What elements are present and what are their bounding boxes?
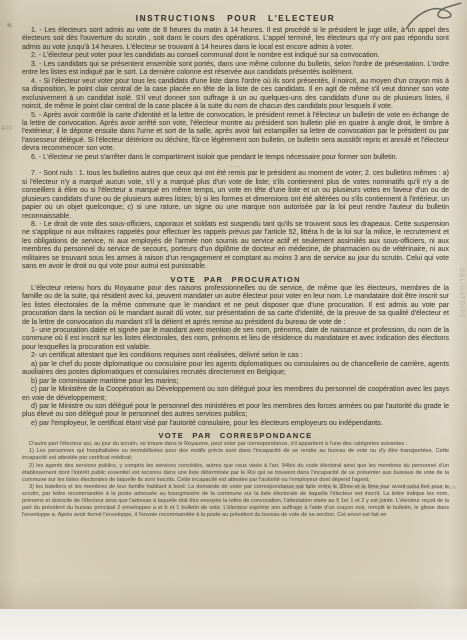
margin-asterisk-mark: ✳ (5, 20, 13, 30)
bleedthrough-vertical-text: OBLIGATOIRE (458, 268, 464, 319)
margin-number-mark: 400 (1, 126, 13, 132)
paper-sheet: ✳ 400 COBUT Andrée - BOUS ER Eugénie - D… (0, 0, 467, 609)
scanned-document-page: { "document": { "title": "INSTRUCTIONS P… (0, 0, 467, 640)
instruction-paragraph-3: 3. - Les candidats qui se présentent ens… (22, 61, 449, 78)
instruction-paragraph-8: 8. - Le droit de vote des sous-officiers… (22, 221, 449, 272)
procuration-item-2: 2- un certificat attestant que les condi… (22, 352, 449, 360)
instruction-paragraph-6: 6. - L'électeur ne peut s'arrêter dans l… (22, 154, 449, 162)
procuration-item-b: b) par le commissaire maritime pour les … (22, 378, 449, 386)
instruction-paragraph-7: 7. - Sont nuls : 1. tous les bulletins a… (22, 170, 449, 221)
instruction-paragraph-2: 2. - L'électeur peut voter pour les cand… (22, 52, 449, 60)
pen-squiggle-mark (402, 0, 467, 34)
procuration-heading: VOTE PAR PROCURATION (22, 275, 449, 284)
procuration-item-d: d) par le Ministre ou son délégué pour l… (22, 403, 449, 420)
document-title: INSTRUCTIONS POUR L'ELECTEUR (22, 14, 449, 23)
bleedthrough-names-text: COBUT Andrée - BOUS ER Eugénie - DUBOSSE… (62, 330, 235, 336)
separator-dots: .... (22, 163, 449, 169)
procuration-item-e: e) par l'employeur, le certificat étant … (22, 420, 449, 428)
bleedthrough-section-text: Section 1 De A à H inclus pour le Maison… (284, 485, 456, 491)
instruction-paragraph-1: 1. - Les électeurs sont admis au vote de… (22, 27, 449, 52)
instruction-paragraph-4: 4. - Si l'électeur veut voter pour tous … (22, 78, 449, 112)
correspondance-item-2: 2) les agents des services publics, y co… (22, 463, 449, 484)
procuration-item-a: a) par le chef du poste diplomatique ou … (22, 361, 449, 378)
correspondance-item-1: 1) Les personnes qui hospitalisées ou im… (22, 448, 449, 462)
instruction-paragraph-5: 5. - Après avoir contrôlé la carte d'ide… (22, 112, 449, 154)
procuration-intro: L'électeur retenu hors du Royaume pour d… (22, 285, 449, 327)
correspondance-heading: VOTE PAR CORRESPONDANCE (22, 431, 449, 440)
paper-crease (336, 36, 337, 102)
procuration-item-c: c) par le Ministère de la Coopération au… (22, 386, 449, 403)
scanner-background (0, 609, 467, 640)
